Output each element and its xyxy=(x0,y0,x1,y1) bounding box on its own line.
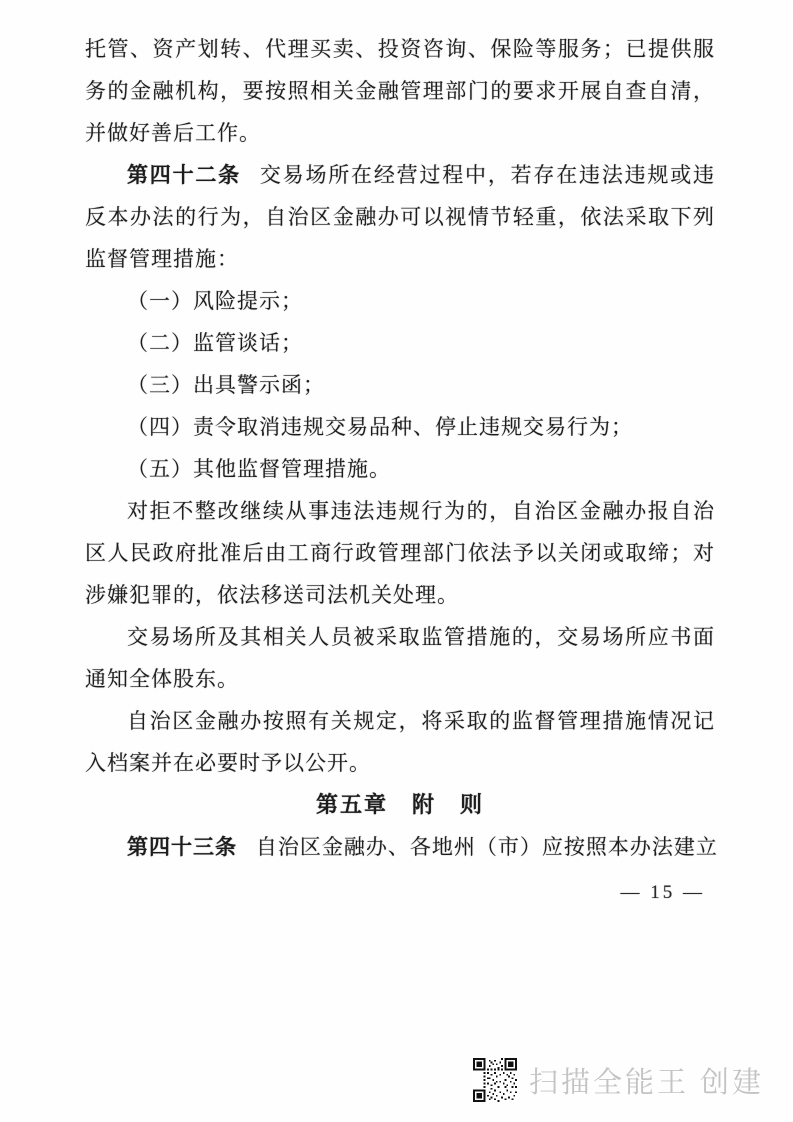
paragraph-article-42: 第四十二条交易场所在经营过程中，若存在违法违规或违反本办法的行为，自治区金融办可… xyxy=(85,154,715,280)
scanned-document-page: 托管、资产划转、代理买卖、投资咨询、保险等服务；已提供服务的金融机构，要按照相关… xyxy=(0,0,793,1122)
paragraph-record-disclosure: 自治区金融办按照有关规定，将采取的监督管理措施情况记入档案并在必要时予以公开。 xyxy=(85,700,715,784)
page-number: — 15 — xyxy=(85,872,715,914)
article-43-text: 自治区金融办、各地州（市）应按照本办法建立 xyxy=(256,835,718,859)
measure-item-2: （二）监管谈话； xyxy=(85,322,715,364)
watermark-label: 扫描全能王 创建 xyxy=(529,1060,764,1101)
paragraph-article-43: 第四十三条自治区金融办、各地州（市）应按照本办法建立 xyxy=(85,826,715,868)
measure-item-4: （四）责令取消违规交易品种、停止违规交易行为； xyxy=(85,406,715,448)
scanner-watermark: 扫描全能王 创建 xyxy=(473,1058,764,1102)
paragraph-notify-shareholders: 交易场所及其相关人员被采取监管措施的，交易场所应书面通知全体股东。 xyxy=(85,616,715,700)
paragraph-enforcement: 对拒不整改继续从事违法违规行为的，自治区金融办报自治区人民政府批准后由工商行政管… xyxy=(85,490,715,616)
document-body: 托管、资产划转、代理买卖、投资咨询、保险等服务；已提供服务的金融机构，要按照相关… xyxy=(85,28,715,914)
qr-code-icon xyxy=(473,1058,517,1102)
measure-item-5: （五）其他监督管理措施。 xyxy=(85,448,715,490)
article-43-number: 第四十三条 xyxy=(127,835,237,859)
paragraph-continuation: 托管、资产划转、代理买卖、投资咨询、保险等服务；已提供服务的金融机构，要按照相关… xyxy=(85,28,715,154)
measure-item-1: （一）风险提示； xyxy=(85,280,715,322)
article-42-number: 第四十二条 xyxy=(127,163,241,187)
measure-item-3: （三）出具警示函； xyxy=(85,364,715,406)
chapter-5-heading: 第五章 附 则 xyxy=(85,784,715,826)
